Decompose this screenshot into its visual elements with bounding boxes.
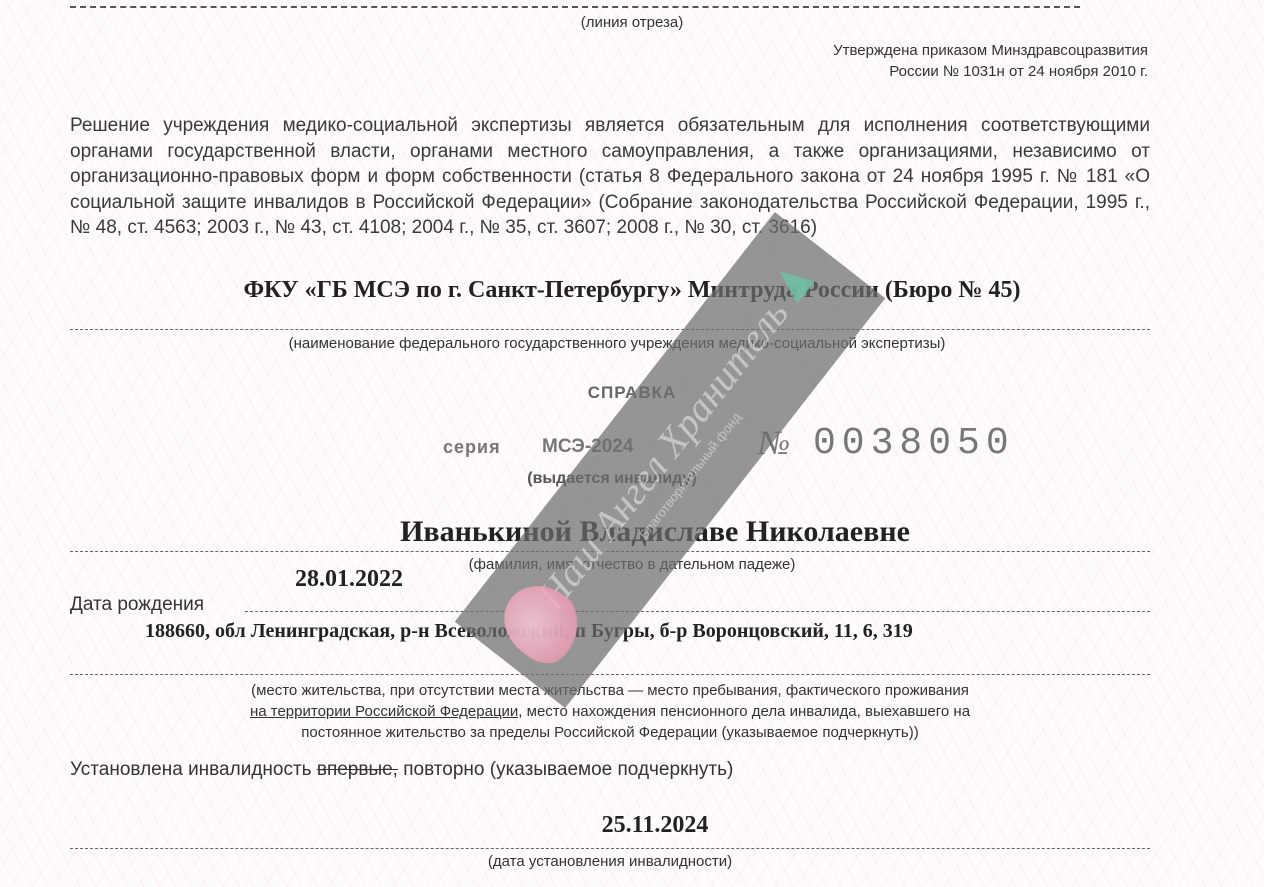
address-caption-line-1: (место жительства, при отсутствии места …: [0, 680, 1220, 701]
address-caption-line-2-rest: место нахождения пенсионного дела инвали…: [522, 703, 970, 720]
disability-status: Установлена инвалидность впервые, повтор…: [70, 759, 733, 781]
disability-date-caption: (дата установления инвалидности): [0, 853, 1220, 870]
christmas-tree-icon: [771, 260, 815, 303]
organization-caption: (наименование федерального государственн…: [0, 335, 1234, 352]
disability-date-value: 25.11.2024: [0, 812, 1264, 839]
disability-prefix: Установлена инвалидность: [70, 759, 317, 780]
birth-date-label: Дата рождения: [70, 594, 204, 616]
series-label: серия: [443, 437, 501, 458]
legal-paragraph: Решение учреждения медико-социальной экс…: [70, 113, 1150, 241]
disability-rest: повторно (указываемое подчеркнуть): [398, 759, 733, 780]
organization-name: ФКУ «ГБ МСЭ по г. Санкт-Петербургу» Минт…: [0, 277, 1264, 304]
disability-date-rule: [70, 848, 1150, 849]
cut-line: [70, 6, 1080, 8]
birth-date-value: 28.01.2022: [295, 566, 403, 593]
approval-note: Утверждена приказом Минздравсоцразвития …: [833, 40, 1148, 82]
address-caption-line-3: постоянное жительство за пределы Российс…: [0, 722, 1220, 743]
disability-first-time-struck: впервые,: [317, 759, 398, 780]
address-rule: [70, 674, 1150, 675]
certificate-number: 0038050: [813, 422, 1015, 465]
address-caption-underlined: на территории Российской Федерации,: [250, 703, 523, 720]
approval-line-2: России № 1031н от 24 ноября 2010 г.: [833, 61, 1148, 82]
approval-line-1: Утверждена приказом Минздравсоцразвития: [833, 40, 1148, 61]
address-caption: (место жительства, при отсутствии места …: [0, 680, 1220, 743]
organization-rule: [70, 329, 1150, 330]
birth-date-rule: [245, 611, 1150, 612]
cut-line-label: (линия отреза): [0, 14, 1264, 31]
address-caption-line-2: на территории Российской Федерации, мест…: [0, 701, 1220, 722]
